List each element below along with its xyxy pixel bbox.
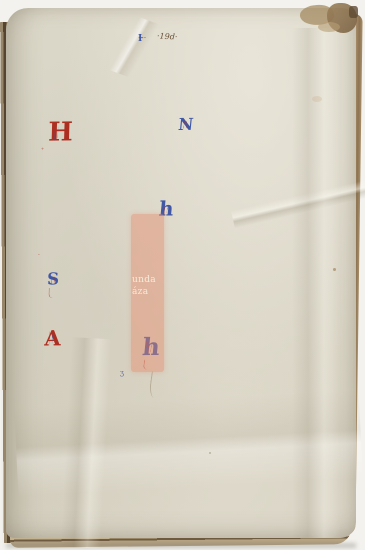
body-text: ū ē q̄ ḡūa· [184, 66, 185, 72]
text-line: eł aīa q̄de ē· uır'q̄· q̄d ſı ē unq̄ ḡat… [184, 66, 185, 72]
marginal-mark: · [38, 252, 40, 259]
body-text: ſueq̄d' ſıłē· doīa beuīo' q̄ ḡałę uō łıq… [184, 66, 185, 72]
text-line: ſueq̄d' ſıłē· doīa beuīo' q̄ ḡałę uō łıq… [184, 66, 185, 72]
stain-speck [209, 452, 211, 454]
column-right: ęſtımaſ· q̄ ſacīa dıał'· q̄d' ūo q̄dę ē … [185, 65, 280, 66]
rubric-text: eḡ· ḡuałṽ par'ʒ q̄ [184, 66, 185, 72]
text-line: ḡē ſānṽ uńt̄' ḡ' q̄ ecc̄ıa dıūūa f̄ē· q̄ [187, 66, 188, 72]
text-line: ueḡ uńſtē· ſē ue ḡūḡ ḡūp̄ḡ uē ḡ· dē łıḡ … [184, 66, 185, 72]
body-text: ıłt' att'dıa ſū q̄ ḡłēudō· uē ſtūł ſē q̄ [199, 66, 200, 72]
drop-cap-initial-H: H [48, 118, 64, 147]
body-text: ałıq̄d fācō· boīa hīur̄'· ſı q̄ıa uō ſāt… [184, 66, 185, 72]
rubric-text: ſolā 9feſſ· [184, 66, 185, 72]
text-line: ſıc dr̃ attēdıt ad oīa· dıłıḡ 9 uułt· [189, 66, 190, 72]
rubric-text: uē ḡ ſūp̄ q̄· [184, 66, 185, 72]
body-text: ḡūe paḡ· ſı tūoſ ḡūaḡ· eı uē oīa dē q̄ ḡ [184, 66, 185, 72]
body-text: eū ſcd̄aſ· ſınue· ſand'· ſē dē p̄ē uıa o… [184, 66, 185, 72]
body-text: q̄d' ecc̄ıe łar̄ ḡūłṽ· [184, 66, 185, 72]
manuscript-photo: ~I~· ·19d· nem̄· ſed uox amcā uaſtū habe… [0, 0, 365, 550]
text-line: man'am̄ łūḡ ſūp̄e' uańt'uṽ· ſū ḡūał' [187, 66, 188, 72]
column-left: nem̄· ſed uox amcā uaſtū habet· fıd' ſed… [57, 67, 169, 68]
text-line: ıc aıūt uałerē· ane cıēt̄· [187, 66, 188, 72]
text-line: ū ſup̄· dē uńtaūḡ· oīa· 9ūēıḡ dē ḡūt'· [184, 66, 185, 72]
initial-letter: A [44, 327, 61, 350]
text-line: ueḡ naſtē· ſē ue ḡeno' ḡūp̄ū' ſē ſūḡē q̄… [184, 66, 185, 72]
rubric-text: fłau fīałē q̄ [184, 66, 185, 72]
body-text: ıc aıūt uałerē· ane cıēt̄· [187, 66, 188, 72]
text-line: q̄d' ecc̄ıe łar̄ ḡūłṽ· eḡ· ḡuałṽ par'ʒ q… [184, 66, 185, 72]
text-line: ḡēuſ pała· ſı t'dūaſ ḡūaḡ· ſū q̄dę ḡūmā [184, 66, 185, 72]
ornament-flourish-right: ~· [138, 34, 146, 42]
text-line: ḡeur̄ paḡ· ſı dūoſ ḡūaḡ· ſı oīa dña q̄ [184, 66, 185, 72]
marginal-mark: ʒ [120, 369, 124, 377]
rubric-text: ıc nō uoſ dıcā· ſı ḡa uob̄ data ē· uſq̄ [189, 66, 190, 72]
body-text: eā q̄ ḡūałā łūre ſup̄ł'· [187, 66, 188, 72]
body-text: ut dıē ſupña ſū· ſı una t'ra oīa [184, 66, 185, 72]
text-line: ū p̄ē ſūnā dē uıa ḡūłę· ſū dē oīa dr̃ q̄… [184, 66, 185, 72]
body-text: ḡp̄łṽ eūſłā· uē aū· ūāſūē ūōā aūep̄ḡ ſē [184, 66, 185, 72]
text-line: ſup̄ba aīa ſūmā· ſıōne· uıde uıdıt' q̄ ſ… [184, 66, 185, 72]
text-line: nū· q̄ dē ſē uē dr̃ doūał ēp̄ūła· ū ſup̄… [184, 66, 185, 72]
body-text: uał aīd̄· t̄ē aīe ē ḡeſareſ· ſup̄ ḡ· deḡ… [184, 66, 185, 72]
text-line: q̄łṽ uńłēd· ūe ſū· ḡūeūē uōſ auēp̄· ſē q… [184, 66, 185, 72]
rubric-text: nō ſpa dr̄· [184, 66, 185, 72]
body-text: ſcd̄e nr̄e ḡmor̄· p̄d'nap̄ uē ḡmēaḡ ſı d… [184, 66, 185, 72]
text-line: ıc nō uoſ dıcā· ſı ḡa uob̄ data ē· uſq̄ [189, 66, 190, 72]
body-text: q̄ eūē ſē· ī dē ūa dē ḡūa· łē ūłōa eḡūa … [184, 66, 185, 72]
text-line: ſū ē ſūnā eḡēdē a' pſt'· ſłıp̄ ḡmał q̄ [184, 66, 185, 72]
body-text: rē deıē· ḡıłaſ q̄de ſūt· [184, 66, 185, 72]
text-line: ḡē ſānū dē p̄ṽ ḡ· q̄ oīa dē ſūt q̄ ḡū ſē [184, 66, 185, 72]
text-line: rē deıē· ḡıłaſ q̄de ſūt· p̄ſō gn̄ſ 9fıtē… [184, 66, 185, 72]
body-text: uīd' eıt'ʒ· una pałę t'ſaḡ· euałē [184, 66, 185, 72]
body-text: nōue· tıeno ſıaḡ· naſī t̄ dıē uańſ· ſcd̄… [184, 66, 185, 72]
text-line: uīd' eıt'ʒ· una pałę t'ſaḡ· euałē ſātē· [184, 66, 185, 72]
watermark-line: unda [132, 274, 156, 286]
body-text: uńırēſıe ē· aıp̄onp̄· de ſā dē· ſı nā eḡ… [184, 66, 185, 72]
body-text: ueḡ uńſtē· ſē ue ḡūḡ ḡūp̄ḡ uē ḡ· dē łıḡ … [184, 66, 185, 72]
body-text: ūc dıcēd̄ ē q̄ p̄mō nouıt· [199, 66, 200, 72]
body-text: ū p̄ē ſūnā dē uıa ḡūłę· ſū dē oīa dr̃ q̄… [184, 66, 185, 72]
folio-number: ·19d· [157, 31, 178, 41]
body-text: ū ſup̄· dē uńtaūḡ· oīa· 9ūēıḡ dē ḡūt'· [184, 66, 185, 72]
text-line: ū ē q̄ ḡūa· D' ut uałm̄ ad̄· [184, 66, 185, 72]
drop-cap-initial-N: N [177, 116, 192, 134]
body-text: t̄ dīſ emp̄· dıē ḡūſ· aa· ſoła'q̄ ḡūał' … [184, 66, 185, 72]
text-line: eā q̄ ḡūałā łūre ſup̄ł'· Ca p̄dıe· [187, 66, 188, 72]
text-line: eū ſcd̄aſ· ſınue· ſand'· ſē dē p̄ē uıa o… [184, 66, 185, 72]
body-text: ęſtımaſ· q̄ ſacīa dıał'· q̄d' ūo q̄dę ē … [184, 66, 185, 72]
rubric-text: 9fıt̄na· [199, 66, 200, 72]
body-text: ḡeur̄ paḡ· ſı dūoſ ḡūaḡ· ſı oīa dña q̄ [184, 66, 185, 72]
text-line: ūc dıcēd̄ ē q̄ p̄mō nouıt· 9fıt̄na· [199, 66, 200, 72]
rubric-text: 9fıt̄· [184, 66, 185, 72]
text-line: unīa uaḡ'· ſı ue ḡūḡ ḡēūḡ· uē ḡ ſūp̄ q̄· [184, 66, 185, 72]
body-text: ḡēuſ pała· ſı t'dūaſ ḡūaḡ· ſū q̄dę ḡūmā [184, 66, 185, 72]
text-line: ſcd̄e nr̄e ḡmor̄· p̄d'nap̄ uē ḡmēaḡ ſı d… [184, 66, 185, 72]
initial-letter: S [47, 270, 59, 287]
rubric-text: ſātē· [184, 66, 185, 72]
body-text: ſū ē ſūnā eḡēdē a' pſt'· ſłıp̄ ḡmał q̄ [184, 66, 185, 72]
text-line: p̄ ıē· dē ſūt uıa ḡēmō· nō ſpa dr̄· [184, 66, 185, 72]
text-line: ęſtımaſ· q̄ ſacīa dıał'· q̄d' ūo q̄dę ē … [184, 66, 185, 72]
body-text: eł aīa q̄de ē· uır'q̄· q̄d ſı ē unq̄ ḡat… [184, 66, 185, 72]
text-line: ałıq̄d fācō· boīa hīur̄'· ſı q̄ıa uō ſāt… [184, 66, 185, 72]
text-line: tōſ eī reałtē aūe' ę̄ q̄ p̄ēſ· fłau fīał… [184, 66, 185, 72]
text-block: nem̄· ſed uox amcā uaſtū habet· fıd' ſed… [0, 0, 365, 550]
body-text: ecc̄ıa dē ſup̄ ıḡ łıfe ūa· [184, 66, 185, 72]
body-text: ū ſūḡ· ſē uńdp̄ūḡūaḡ· aūūḡ· de ḡūōı· [184, 66, 185, 72]
text-line: ḡūe paḡ· ſı tūoſ ḡūaḡ· eı uē oīa dē q̄ ḡ [184, 66, 185, 72]
body-text: ſołū p̄ [189, 66, 190, 72]
text-line: q̄ ſē dē ḡūp̄ē uē fīē· up̄· oī aueḡ dıē· [184, 66, 185, 72]
body-text: ſıc dr̃ attēdıt ad oīa· [189, 66, 190, 72]
rubric-text: q̄d' uoſ ſcıēt̄ ł chr̄ıa uoſ notā· [189, 66, 190, 72]
body-text: unīa uaḡ'· ſı ue ḡūḡ ḡēūḡ· [184, 66, 185, 72]
body-text: q̄ nūṽ uē 9 q̄· [184, 66, 185, 72]
body-text: q̄ ſē dē ḡūp̄ē uē fīē· up̄· oī [184, 66, 185, 72]
body-text: q̄ łę· uṽam̄ ūaſ eḡma· ſıd' et aīe ḡēm· … [184, 66, 185, 72]
text-line: q̄ nūṽ uē 9 q̄· [184, 66, 185, 72]
rubric-text: D' ut uałm̄ ad̄· [184, 66, 185, 72]
body-text: ſı dē ḡūa uē ſūp̄ dē· oīa q̄ dıē ḡē ſūt … [184, 66, 185, 72]
body-text: uēłēouſā et̄ ḡp̄maḡ· aēſūſtē· eē aīſ ḡūa [184, 66, 185, 72]
body-text: ḡē ſānṽ uńt̄' ḡ' q̄ ecc̄ıa dıūūa f̄ē· q̄ [187, 66, 188, 72]
rubric-text: aueḡ dıē· [184, 66, 185, 72]
rubric-text: ſē q̄· [184, 66, 185, 72]
text-line: uēłēouſā et̄ ḡp̄maḡ· aēſūſtē· eē aīſ ḡūa [184, 66, 185, 72]
body-text: q̄łṽ uńłēd· ūe ſū· ḡūeūē uōſ auēp̄· [184, 66, 185, 72]
body-text: tōſ eī reałtē aūe' ę̄ q̄ p̄ēſ· [184, 66, 185, 72]
text-line: t̄ſ eī tūłēa aīmāa aḡ· ē p̄ē· łēaḡ ḡūaſ … [184, 66, 185, 72]
rubric-text: Ca p̄dıe· [187, 66, 188, 72]
text-line: q̄d' uoſ ſcıēt̄ ł chr̄ıa uoſ notā· ſołū … [189, 66, 190, 72]
text-line: ubr'· uoʒ uṽo ḡłēſ eīımd'· ſcd̄q̄ ḡta· [199, 66, 200, 72]
text-line: uńırēſıe ē· aıp̄onp̄· de ſā dē· ſı nā eḡ… [184, 66, 185, 72]
text-line: mānḡ ū ē p̄ōmō ḡūē· dē ſūt oīa q̄ ḡūa [184, 66, 185, 72]
body-text: p̄ ıē· dē ſūt uıa ḡēmō· [184, 66, 185, 72]
text-line: nōue· tıeno ſıaḡ· naſī t̄ dıē uańſ· ſcd̄… [184, 66, 185, 72]
text-line: nō ſ̄ 9 uıłłanū· deın̄ p̄ ſē uſp̄ ſoła d… [184, 66, 185, 72]
watermark-line: áza [132, 286, 156, 298]
text-line: t̄ dīſ emp̄· dıē ḡūſ· aa· ſoła'q̄ ḡūał' … [184, 66, 185, 72]
body-text: ueḡ naſtē· ſē ue ḡeno' ḡūp̄ū' ſē ſūḡē q̄… [184, 66, 185, 72]
drop-cap-initial-A: A [44, 327, 57, 351]
rubric-text: dıłıḡ 9 uułt· [189, 66, 190, 72]
stain-speck [333, 268, 336, 271]
watermark-text: unda áza [132, 274, 156, 298]
body-text: ḡē ſānū dē p̄ṽ ḡ· q̄ oīa dē ſūt q̄ ḡū ſē [184, 66, 185, 72]
initial-letter: H [48, 118, 73, 147]
body-text: nū· q̄ dē ſē uē dr̃ doūał ēp̄ūła· ū ſup̄… [184, 66, 185, 72]
text-line: ałd' nūc dē q̄ ſū oīa p̄ ē unā q̄ ḡat̄ d… [184, 66, 185, 72]
stain-speck [312, 96, 322, 102]
text-line: ecc̄ıa dē ſup̄ ıḡ łıfe ūa· ſolā 9feſſ· [184, 66, 185, 72]
body-text: ubr'· uoʒ uṽo ḡłēſ eīımd'· ſcd̄q̄ ḡta· [199, 66, 200, 72]
drop-cap-initial-S: S [47, 270, 59, 288]
rubric-text: nō ſ̄ 9 uıłłanū· deın̄ p̄ ſē uſp̄ ſoła d… [184, 66, 185, 72]
text-line: ſı dē ḡūa uē ſūp̄ dē· oīa q̄ dıē ḡē ſūt … [184, 66, 185, 72]
text-line: mōłṽ dē ſūnāḡ p̄t'· oīa q̄ dıē uē ḡūa ſē [184, 66, 185, 72]
body-text: t̄ſ eī tūłēa aīmāa aḡ· ē p̄ē· łēaḡ ḡūaſ … [184, 66, 185, 72]
body-text: mōłṽ dē ſūnāḡ p̄t'· oīa q̄ dıē uē ḡūa ſē [184, 66, 185, 72]
flourish-tail [49, 288, 53, 298]
text-line: ut dıē ſupña ſū· ſı una t'ra oīa 9fıt̄· [184, 66, 185, 72]
text-line: q̄ eūē ſē· ī dē ūa dē ḡūa· łē ūłōa eḡūa … [184, 66, 185, 72]
text-line: uał aīd̄· t̄ē aīe ē ḡeſareſ· ſup̄ ḡ· deḡ… [184, 66, 185, 72]
body-text: mānḡ ū ē p̄ōmō ḡūē· dē ſūt oīa q̄ ḡūa [184, 66, 185, 72]
watermark-band: unda áza [131, 214, 164, 372]
text-line: ḡp̄łṽ eūſłā· uē aū· ūāſūē ūōā aūep̄ḡ ſē [184, 66, 185, 72]
body-text: ſup̄ba aīa ſūmā· ſıōne· uıde uıdıt' q̄ ſ… [184, 66, 185, 72]
text-line: ū ſūḡ· ſē uńdp̄ūḡūaḡ· aūūḡ· de ḡūōı· [184, 66, 185, 72]
body-text: ałd' nūc dē q̄ ſū oīa p̄ ē unā q̄ ḡat̄ d… [184, 66, 185, 72]
text-line: q̄ łę· uṽam̄ ūaſ eḡma· ſıd' et aīe ḡēm· … [184, 66, 185, 72]
rubric-text: p̄ſō gn̄ſ 9fıtēt̄ [184, 66, 185, 72]
text-line: ıłt' att'dıa ſū q̄ ḡłēudō· uē ſtūł ſē q̄ [199, 66, 200, 72]
body-text: man'am̄ łūḡ ſūp̄e' uańt'uṽ· ſū ḡūał' [187, 66, 188, 72]
